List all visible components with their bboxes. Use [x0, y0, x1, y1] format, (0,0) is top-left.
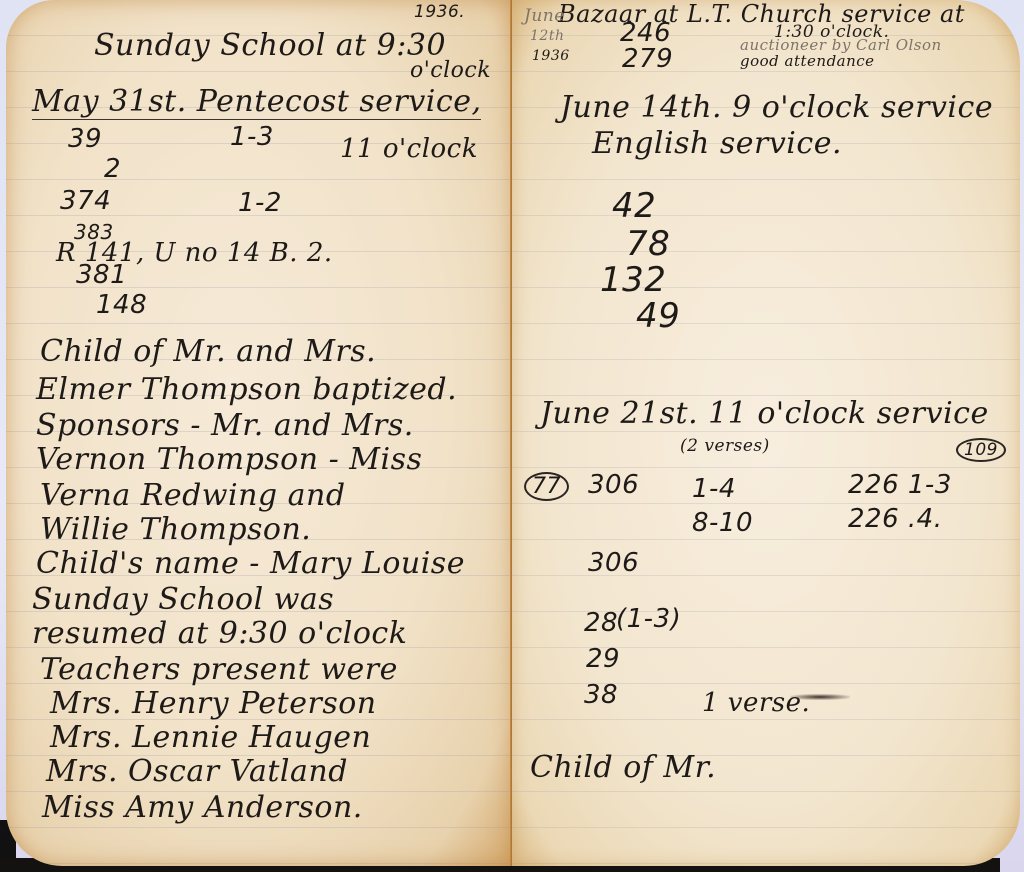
teacher-name: Mrs. Henry Peterson: [50, 686, 377, 721]
margin-date: June: [524, 6, 565, 26]
body-line: Elmer Thompson baptized.: [36, 372, 457, 407]
date-line: May 31st. Pentecost service,: [32, 84, 481, 120]
body-line: Willie Thompson.: [40, 512, 311, 547]
hymn-number: 38: [584, 680, 618, 710]
circled-number: 77: [524, 472, 569, 501]
body-line: Teachers present were: [40, 652, 398, 687]
body-line: Child of Mr. and Mrs.: [40, 334, 376, 369]
pencil-note: good attendance: [740, 52, 875, 70]
hymn-verses: (1-3): [616, 604, 681, 634]
right-page: Bazaar at L.T. Church service at 1:30 o'…: [512, 0, 1020, 866]
margin-date: 12th: [530, 28, 564, 44]
ink-smudge: [790, 694, 850, 700]
body-line: Sponsors - Mr. and Mrs.: [36, 408, 414, 443]
bazaar-number: 279: [622, 44, 673, 74]
hymn-number: 306: [588, 470, 639, 500]
heading-cont: o'clock: [410, 58, 491, 83]
hymn-number: 39: [68, 124, 102, 154]
hymn-number: 374: [60, 186, 111, 216]
year-label: 1936.: [414, 2, 465, 22]
hymn-number: 148: [96, 290, 147, 320]
hymn-verses: 1-2: [238, 188, 282, 218]
closing-line: Child of Mr.: [530, 750, 716, 785]
hymn-number: 28: [584, 608, 618, 638]
hymn-verses: 1-3: [230, 122, 274, 152]
hymn-number: 78: [626, 224, 670, 264]
hymn-note: 11 o'clock: [340, 134, 478, 164]
heading: Sunday School at 9:30: [94, 28, 446, 63]
hymn-right: 226 .4.: [848, 504, 942, 534]
hymn-number: 381: [76, 260, 127, 290]
june21-heading: June 21st. 11 o'clock service: [540, 396, 989, 431]
hymn-number: 2: [104, 154, 121, 184]
hymn-verses: 1-4: [692, 474, 736, 504]
june14-subheading: English service.: [592, 126, 842, 161]
verses-note: (2 verses): [680, 436, 770, 456]
hymn-number: 42: [612, 186, 656, 226]
notebook-spread: 1936. Sunday School at 9:30 o'clock May …: [0, 0, 1024, 872]
circled-number: 109: [956, 438, 1006, 462]
june14-heading: June 14th. 9 o'clock service: [560, 90, 993, 125]
left-page: 1936. Sunday School at 9:30 o'clock May …: [6, 0, 512, 866]
hymn-number: 306: [588, 548, 639, 578]
hymn-verses: 8-10: [692, 508, 753, 538]
hymn-number: 49: [636, 296, 680, 336]
hymn-verses: 1 verse.: [702, 688, 810, 718]
teacher-name: Mrs. Oscar Vatland: [46, 754, 348, 789]
body-line: Verna Redwing and: [40, 478, 346, 513]
teacher-name: Mrs. Lennie Haugen: [50, 720, 371, 755]
margin-date: 1936: [532, 48, 570, 64]
body-line: Child's name - Mary Louise: [36, 546, 465, 581]
hymn-number: 29: [586, 644, 620, 674]
hymn-number: 132: [600, 260, 666, 300]
body-line: Vernon Thompson - Miss: [36, 442, 422, 477]
teacher-name: Miss Amy Anderson.: [42, 790, 363, 825]
body-line: Sunday School was: [32, 582, 334, 617]
hymn-right: 226 1-3: [848, 470, 952, 500]
body-line: resumed at 9:30 o'clock: [32, 616, 407, 651]
